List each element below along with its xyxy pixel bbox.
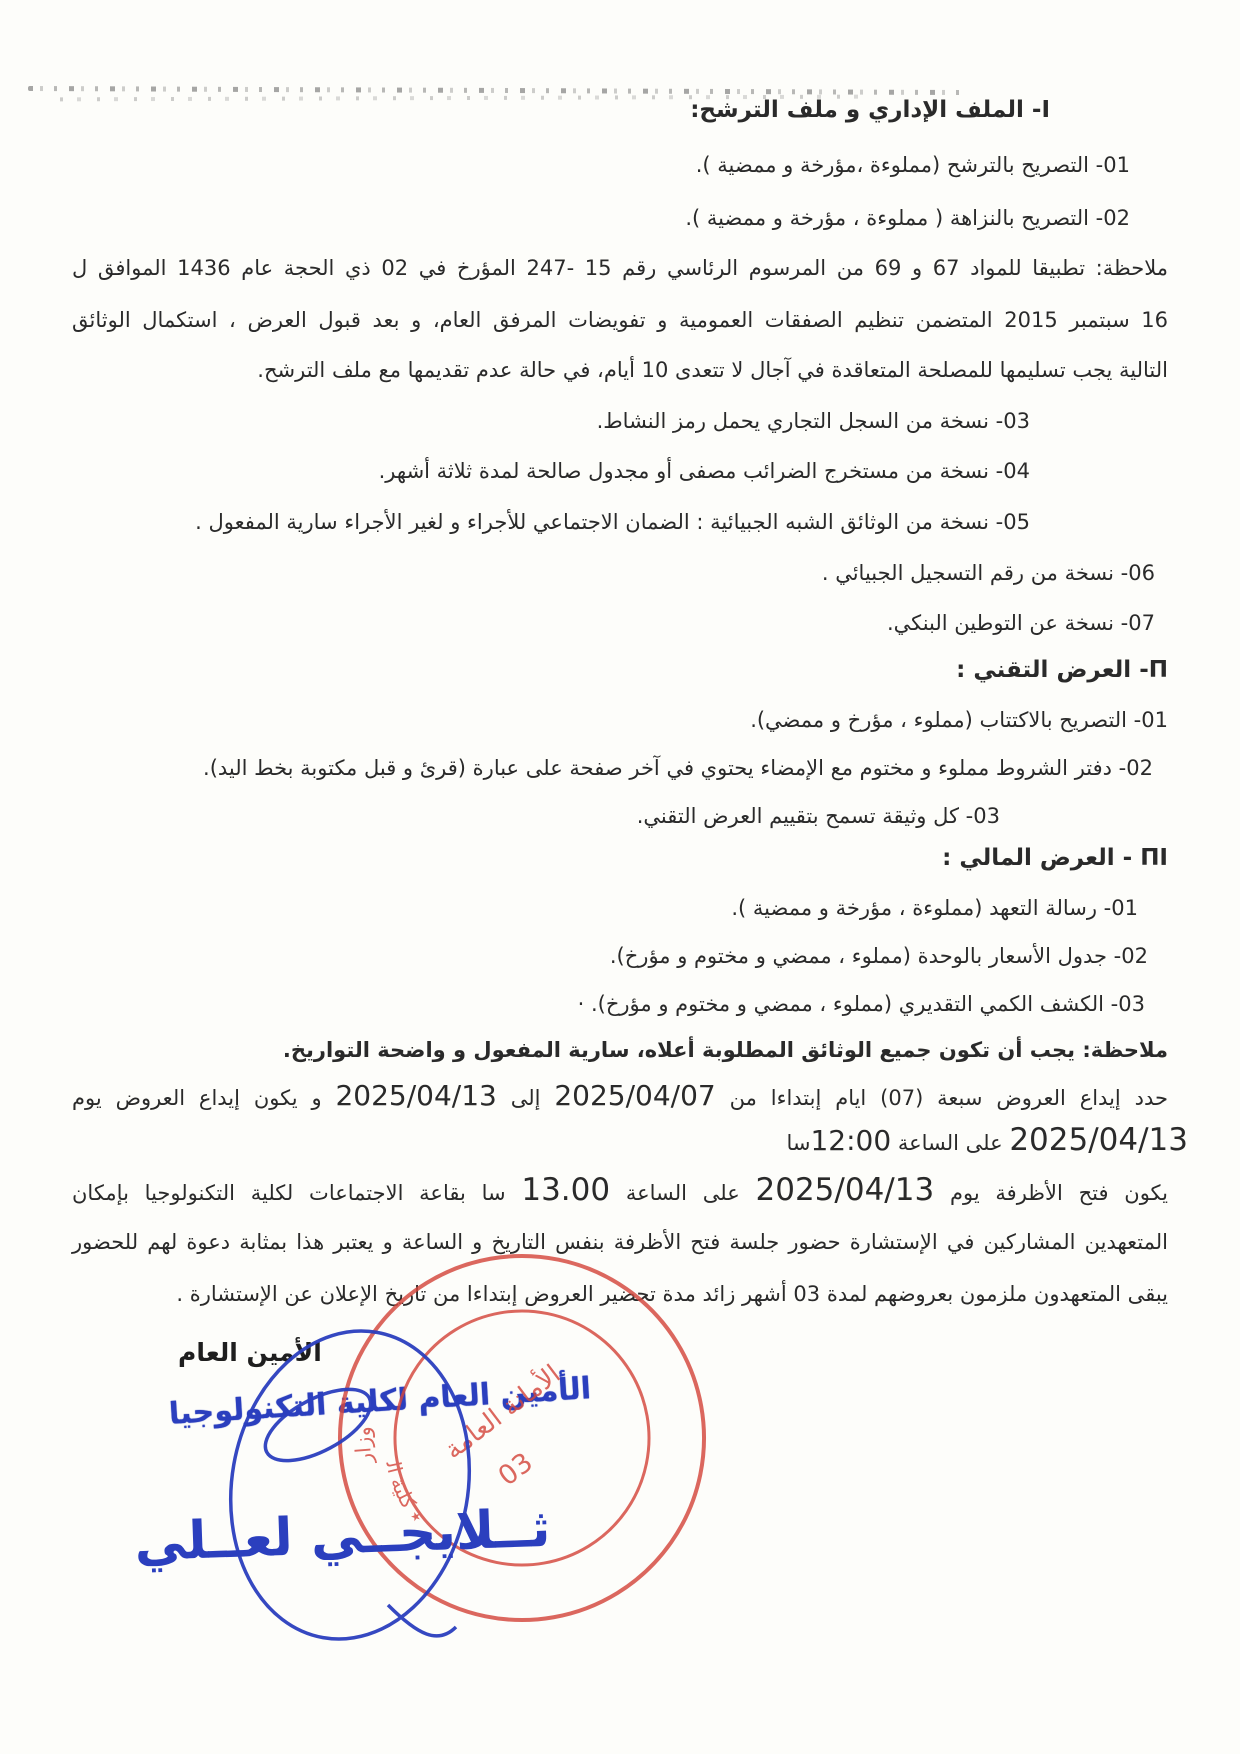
opening-suffix: سا بقاعة الاجتماعات لكلية التكنولوجيا بإ… bbox=[72, 1181, 521, 1205]
deposit-suffix: و يكون إيداع العروض يوم bbox=[72, 1086, 335, 1110]
deposit-date-from: 2025/04/07 bbox=[554, 1079, 715, 1112]
signature-loop bbox=[207, 1312, 493, 1658]
opening-line-1: يكون فتح الأظرفة يوم 2025/04/13 على السا… bbox=[72, 1170, 1168, 1213]
admin-item-04: 04- نسخة من مستخرج الضرائب مصفى أو مجدول… bbox=[72, 451, 1168, 491]
deposit-period-line: حدد إيداع العروض سبعة (07) ايام إبتداءا … bbox=[72, 1076, 1168, 1118]
admin-item-07: 07- نسخة عن التوطين البنكي. bbox=[72, 603, 1168, 643]
signature-name-text: ثــلايجــي لعــلي bbox=[133, 1499, 551, 1573]
admin-item-06: 06- نسخة من رقم التسجيل الجبيائي . bbox=[72, 553, 1168, 593]
deposit-date-to: 2025/04/13 bbox=[335, 1079, 496, 1112]
admin-section-heading: I- الملف الإداري و ملف الترشح: bbox=[72, 90, 1168, 130]
opening-time: 13.00 bbox=[521, 1172, 610, 1208]
validity-note: ملاحظة: يجب أن تكون جميع الوثائق المطلوب… bbox=[72, 1030, 1168, 1070]
opening-mid: على الساعة bbox=[610, 1181, 755, 1205]
opening-prefix: يكون فتح الأظرفة يوم bbox=[934, 1181, 1168, 1205]
admin-item-05: 05- نسخة من الوثائق الشبه الجبيائية : ال… bbox=[72, 502, 1168, 542]
financial-item-02: 02- جدول الأسعار بالوحدة (مملوء ، ممضي و… bbox=[72, 936, 1168, 976]
deposit-prefix: حدد إيداع العروض سبعة (07) ايام إبتداءا … bbox=[716, 1086, 1168, 1110]
regulation-note-line-1: ملاحظة: تطبيقا للمواد 67 و 69 من المرسوم… bbox=[72, 248, 1168, 288]
deposit-day-unit: سا bbox=[786, 1131, 810, 1155]
technical-section-heading: Π- العرض التقني : bbox=[72, 650, 1168, 690]
signature-small-loop bbox=[255, 1375, 382, 1475]
deposit-day-mid: على الساعة bbox=[891, 1131, 1009, 1155]
deposit-day-date: 2025/04/13 bbox=[1009, 1122, 1188, 1158]
admin-item-01: 01- التصريح بالترشح (مملوءة ،مؤرخة و ممض… bbox=[72, 145, 1168, 185]
deposit-day-time: 12:00 bbox=[810, 1124, 891, 1157]
deposit-day-line: 2025/04/13 على الساعة 12:00سا bbox=[72, 1120, 1188, 1163]
financial-item-01: 01- رسالة التعهد (مملوءة ، مؤرخة و ممضية… bbox=[72, 888, 1168, 928]
handwritten-signature: ثــلايجــي لعــلي bbox=[88, 1305, 608, 1675]
opening-date: 2025/04/13 bbox=[756, 1172, 935, 1208]
technical-item-02: 02- دفتر الشروط مملوء و مختوم مع الإمضاء… bbox=[72, 748, 1168, 788]
admin-item-02: 02- التصريح بالنزاهة ( مملوءة ، مؤرخة و … bbox=[72, 198, 1168, 238]
regulation-note-line-3: التالية يجب تسليمها للمصلحة المتعاقدة في… bbox=[72, 350, 1168, 390]
financial-section-heading: ΠΙ - العرض المالي : bbox=[72, 838, 1168, 878]
technical-item-01: 01- التصريح بالاكتتاب (مملوء ، مؤرخ و مم… bbox=[72, 700, 1168, 740]
admin-item-03: 03- نسخة من السجل التجاري يحمل رمز النشا… bbox=[72, 401, 1168, 441]
regulation-note-line-2: 16 سبتمبر 2015 المتضمن تنظيم الصفقات الع… bbox=[72, 300, 1168, 340]
financial-item-03: 03- الكشف الكمي التقديري (مملوء ، ممضي و… bbox=[72, 984, 1168, 1024]
technical-item-03: 03- كل وثيقة تسمح بتقييم العرض التقني. bbox=[72, 796, 1168, 836]
deposit-between: إلى bbox=[497, 1086, 555, 1110]
scanned-document-page: I- الملف الإداري و ملف الترشح: 01- التصر… bbox=[0, 0, 1240, 1754]
